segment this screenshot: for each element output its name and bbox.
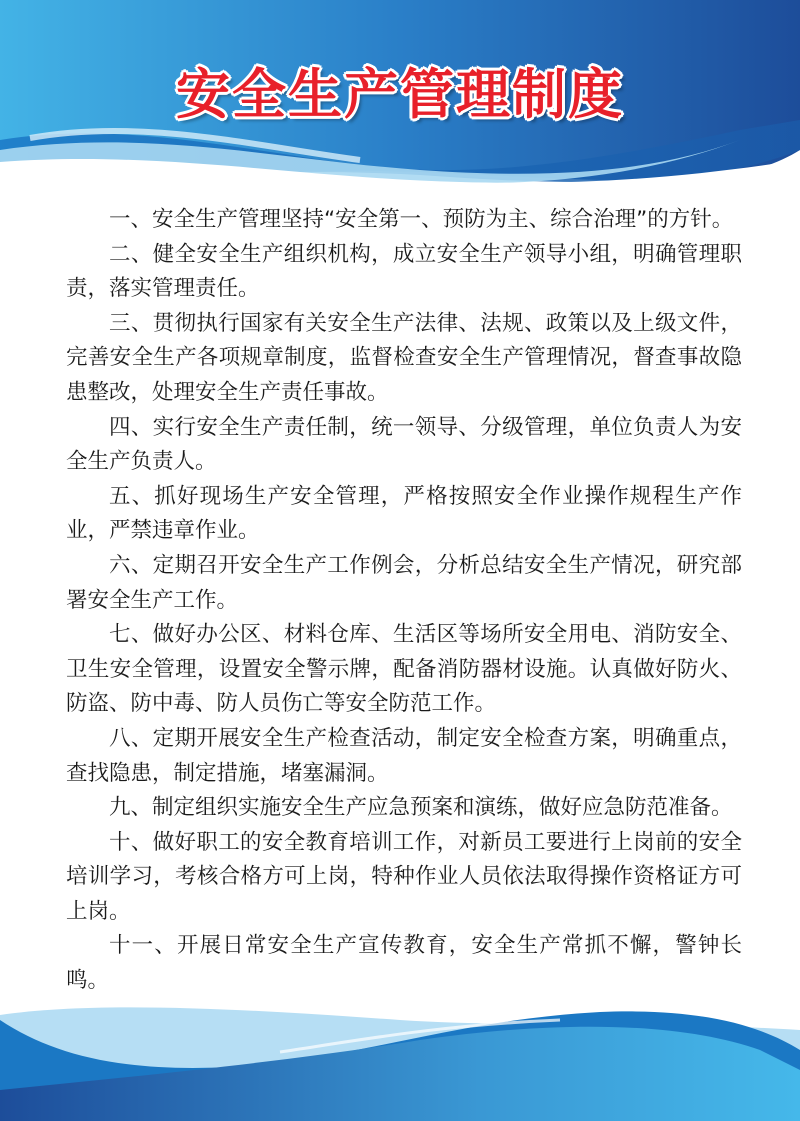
regulation-list: 一、安全生产管理坚持“安全第一、预防为主、综合治理”的方针。 二、健全安全生产组… [66, 203, 742, 999]
regulation-item-8: 八、定期开展安全生产检查活动，制定安全检查方案，明确重点，查找隐患，制定措施，堵… [66, 722, 742, 791]
regulation-item-3: 三、贯彻执行国家有关安全生产法律、法规、政策以及上级文件，完善安全生产各项规章制… [66, 307, 742, 411]
regulation-item-4: 四、实行安全生产责任制，统一领导、分级管理，单位负责人为安全生产负责人。 [66, 411, 742, 480]
header-banner: 安全生产管理制度 [0, 0, 800, 200]
regulation-item-9: 九、制定组织实施安全生产应急预案和演练，做好应急防范准备。 [66, 791, 742, 826]
regulation-item-5: 五、抓好现场生产安全管理，严格按照安全作业操作规程生产作业，严禁违章作业。 [66, 480, 742, 549]
footer-banner [0, 980, 800, 1121]
regulation-item-1: 一、安全生产管理坚持“安全第一、预防为主、综合治理”的方针。 [66, 203, 742, 238]
regulation-item-2: 二、健全安全生产组织机构，成立安全生产领导小组，明确管理职责，落实管理责任。 [66, 238, 742, 307]
page-title: 安全生产管理制度 [0, 52, 800, 129]
footer-wave-decoration [0, 980, 800, 1121]
regulation-item-10: 十、做好职工的安全教育培训工作，对新员工要进行上岗前的安全培训学习，考核合格方可… [66, 826, 742, 930]
regulation-item-7: 七、做好办公区、材料仓库、生活区等场所安全用电、消防安全、卫生安全管理，设置安全… [66, 618, 742, 722]
regulation-item-6: 六、定期召开安全生产工作例会，分析总结安全生产情况，研究部署安全生产工作。 [66, 549, 742, 618]
